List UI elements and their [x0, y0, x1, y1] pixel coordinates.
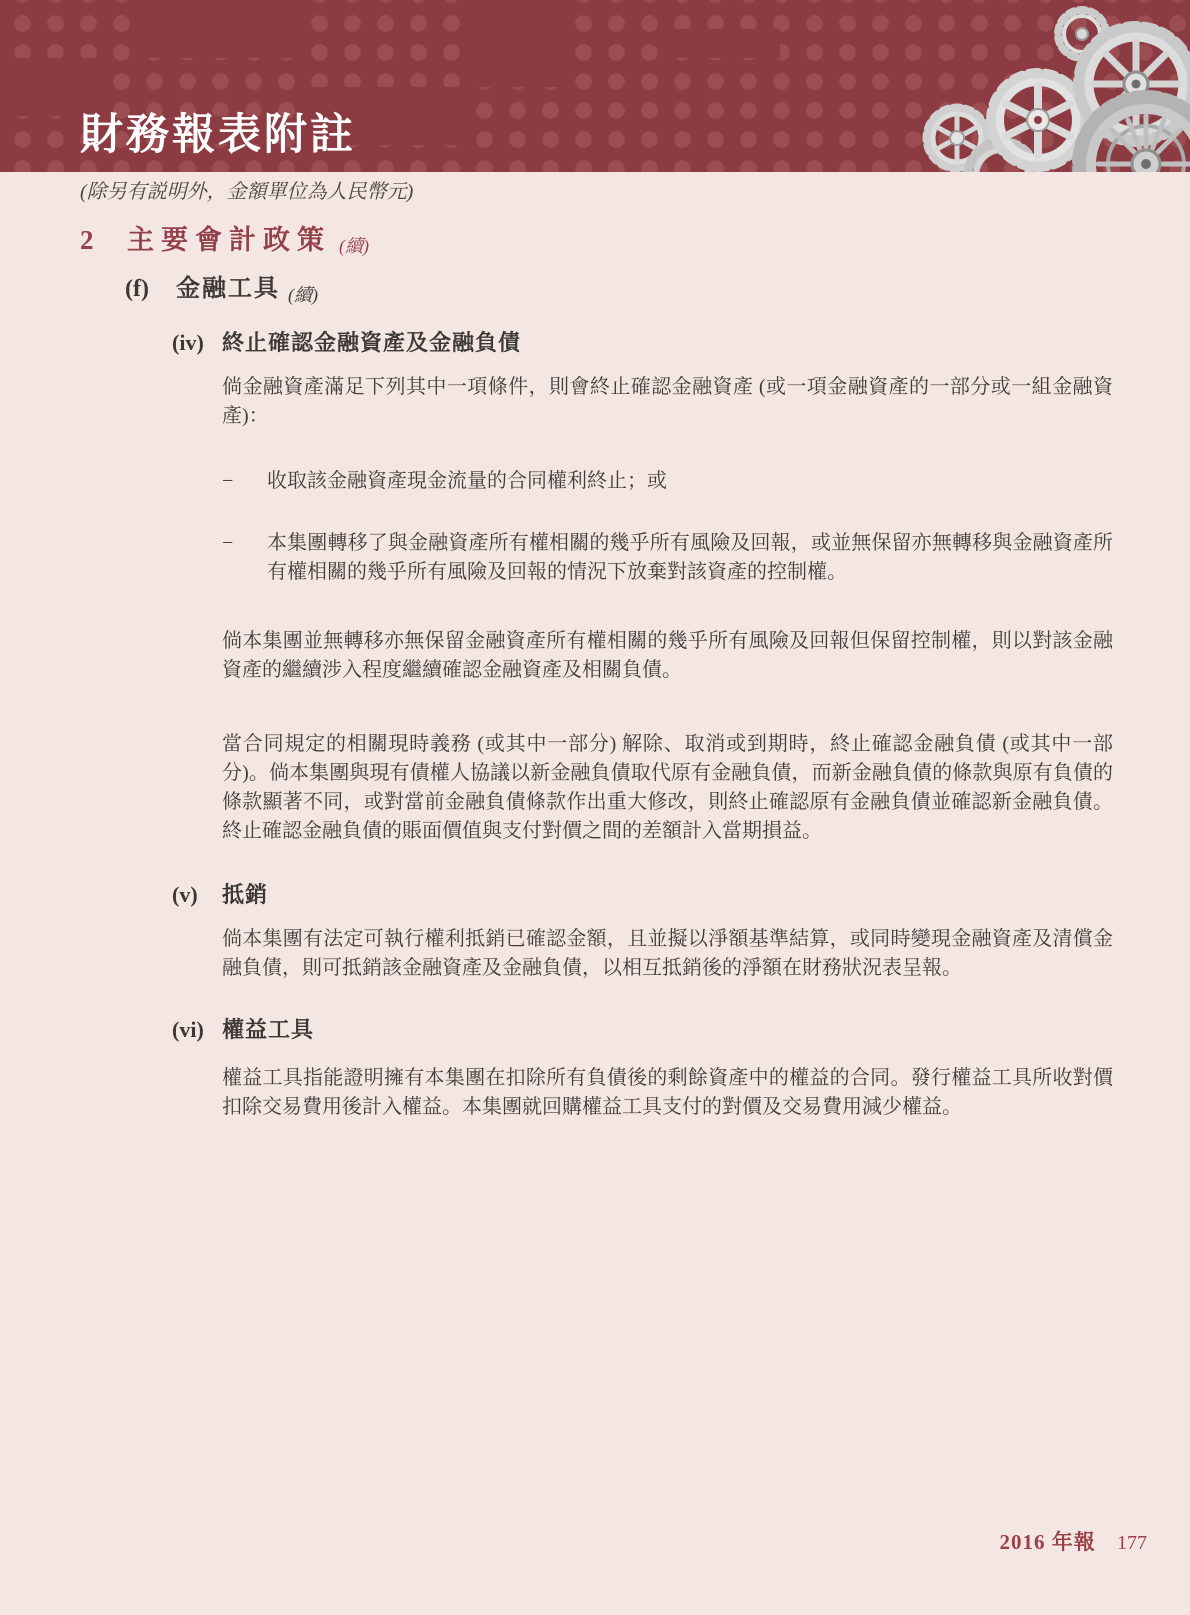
item-v-title: 抵銷	[222, 880, 268, 910]
gear-mid	[992, 74, 1084, 166]
page-title: 財務報表附註	[80, 101, 356, 162]
section-continued-label: (續)	[339, 223, 369, 263]
dot-pattern-gap	[470, 0, 560, 87]
dot-pattern-gap	[660, 29, 780, 58]
paragraph: 倘本集團並無轉移亦無保留金融資產所有權相關的幾乎所有風險及回報但保留控制權，則以…	[222, 627, 1113, 685]
item-iv-body: 倘金融資產滿足下列其中一項條件，則會終止確認金融資產 (或一項金融資產的一部分或…	[222, 373, 1113, 846]
item-v-heading: (v) 抵銷	[172, 880, 1190, 910]
bullet-dash: −	[222, 467, 267, 496]
gears-icon	[870, 0, 1190, 172]
paragraph: 權益工具指能證明擁有本集團在扣除所有負債後的剩餘資產中的權益的合同。發行權益工具…	[222, 1064, 1113, 1122]
paragraph: 倘金融資產滿足下列其中一項條件，則會終止確認金融資產 (或一項金融資產的一部分或…	[222, 373, 1113, 431]
section-heading: 2 主要會計政策 (續)	[80, 223, 1190, 263]
item-vi-body: 權益工具指能證明擁有本集團在扣除所有負債後的剩餘資產中的權益的合同。發行權益工具…	[222, 1064, 1113, 1122]
paragraph: 當合同規定的相關現時義務 (或其中一部分) 解除、取消或到期時，終止確認金融負債…	[222, 730, 1113, 846]
dot-pattern-gap	[130, 0, 300, 58]
list-item-text: 收取該金融資產現金流量的合同權利終止；或	[267, 467, 1113, 496]
item-vi-heading: (vi) 權益工具	[172, 1015, 1190, 1045]
list-item: − 本集團轉移了與金融資產所有權相關的幾乎所有風險及回報，或並無保留亦無轉移與金…	[222, 529, 1113, 587]
currency-note: (除另有説明外，金額單位為人民幣元)	[80, 181, 1190, 204]
section-title: 主要會計政策	[127, 223, 331, 263]
subsection-f-heading: (f) 金融工具 (續)	[125, 273, 1190, 311]
item-v-body: 倘本集團有法定可執行權利抵銷已確認金額，且並擬以淨額基準結算，或同時變現金融資產…	[222, 925, 1113, 983]
item-v-label: (v)	[172, 880, 222, 910]
item-vi-label: (vi)	[172, 1015, 222, 1045]
gear-large-bottom-right	[1080, 98, 1190, 172]
item-iv-heading: (iv) 終止確認金融資產及金融負債	[172, 328, 1190, 358]
subsection-f-continued-label: (續)	[288, 273, 318, 311]
list-item: − 收取該金融資產現金流量的合同權利終止；或	[222, 467, 1113, 496]
page-footer: 2016 年報 177	[1000, 1530, 1148, 1555]
section-number: 2	[80, 223, 127, 263]
paragraph: 倘本集團有法定可執行權利抵銷已確認金額，且並擬以淨額基準結算，或同時變現金融資產…	[222, 925, 1113, 983]
bullet-dash: −	[222, 529, 267, 587]
item-iv-title: 終止確認金融資產及金融負債	[222, 328, 521, 358]
page-number: 177	[1117, 1532, 1147, 1554]
gear-small-left	[927, 108, 987, 168]
subsection-f-title: 金融工具	[176, 273, 280, 311]
page-header-banner: 財務報表附註	[0, 0, 1190, 172]
item-vi-title: 權益工具	[222, 1015, 314, 1045]
report-page: 財務報表附註 (除另有説明外，金額單位為人民幣元) 2 主要會計政策 (續) (…	[0, 0, 1190, 1615]
item-iv-label: (iv)	[172, 328, 222, 358]
report-year-label: 2016 年報	[1000, 1530, 1096, 1554]
list-item-text: 本集團轉移了與金融資產所有權相關的幾乎所有風險及回報，或並無保留亦無轉移與金融資…	[267, 529, 1113, 587]
subsection-f-label: (f)	[125, 273, 176, 311]
